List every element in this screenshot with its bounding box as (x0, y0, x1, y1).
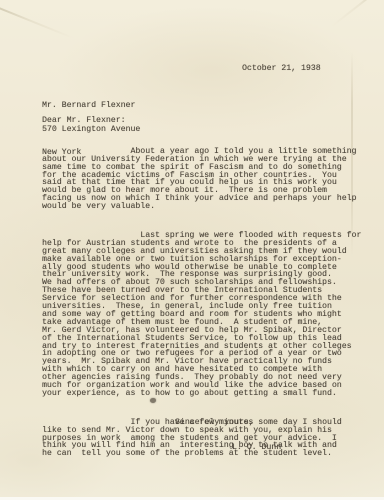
signature-name: L. C. Dunn (232, 444, 281, 452)
letter-page: October 21, 1938 Mr. Bernard Flexner 570… (0, 0, 384, 500)
paper-crease-top-left (0, 3, 73, 39)
recipient-name: Mr. Bernard Flexner (42, 102, 140, 110)
paper-crease-top-right (331, 0, 384, 27)
letter-body: About a year ago I told you a little som… (42, 132, 364, 479)
closing-line: Sincerely yours, (175, 419, 254, 427)
paragraph-1: About a year ago I told you a little som… (42, 148, 364, 211)
letter-date: October 21, 1938 (242, 65, 321, 73)
salutation: Dear Mr. Flexner: (42, 117, 126, 125)
paragraph-2: Last spring we were flooded with request… (42, 232, 364, 398)
